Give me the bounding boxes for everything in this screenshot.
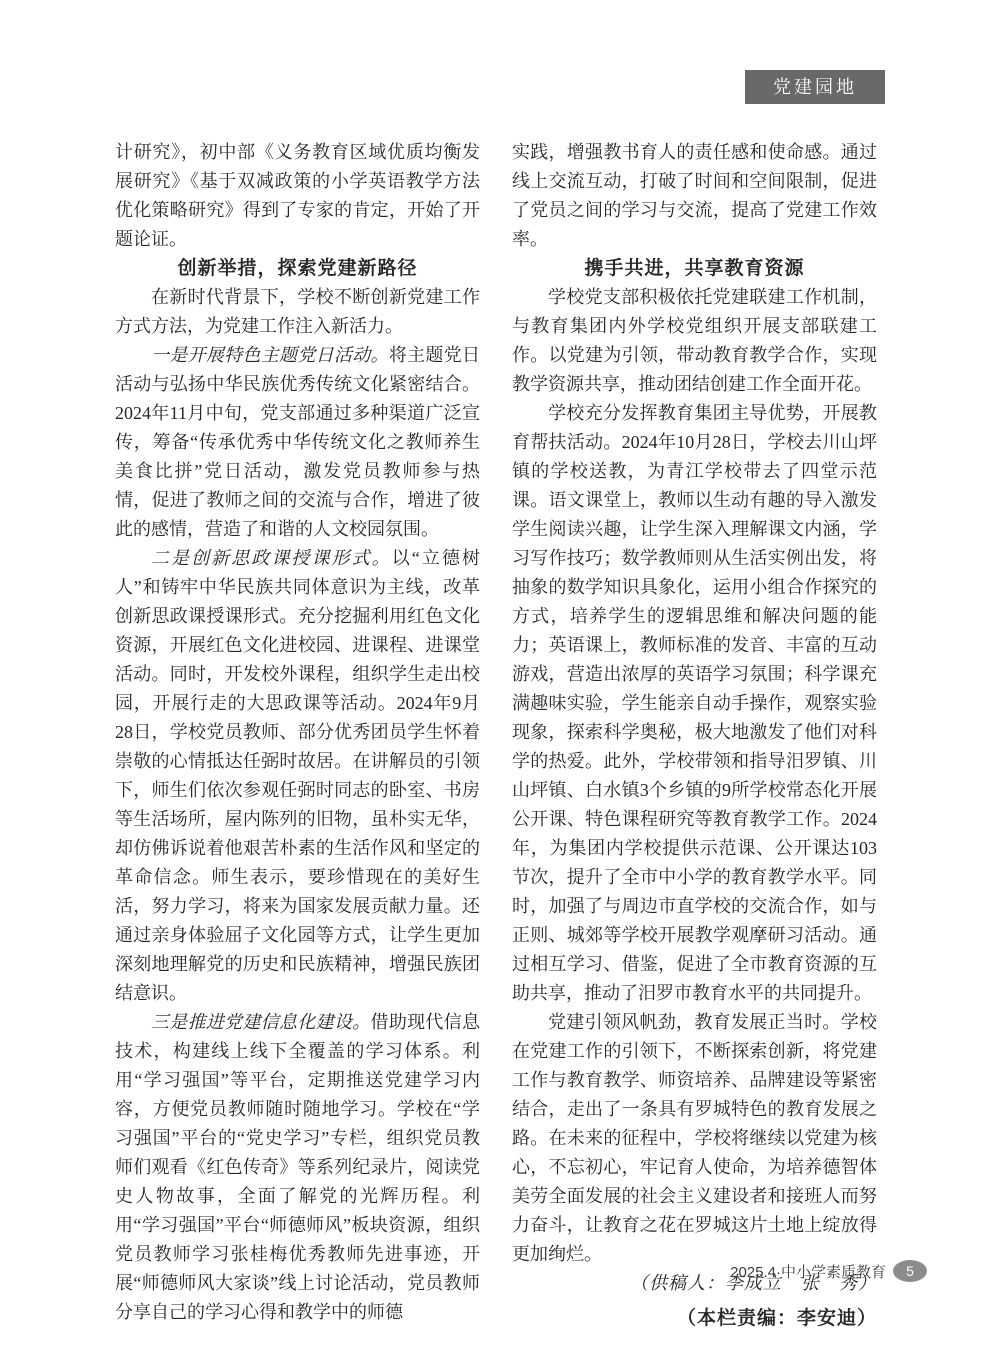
paragraph-lead-phrase: 二是创新思政课授课形式。: [151, 548, 392, 568]
section-heading: 创新举措，探索党建新路径: [115, 254, 480, 283]
paragraph: 学校充分发挥教育集团主导优势，开展教育帮扶活动。2024年10月28日，学校去川…: [512, 399, 877, 1008]
paragraph: 党建引领风帆劲，教育发展正当时。学校在党建工作的引领下，不断探索创新，将党建工作…: [512, 1008, 877, 1269]
paragraph-continuation: 计研究》，初中部《义务教育区域优质均衡发展研究》《基于双减政策的小学英语教学方法…: [115, 138, 480, 254]
paragraph: 三是推进党建信息化建设。借助现代信息技术，构建线上线下全覆盖的学习体系。利用“学…: [115, 1008, 480, 1327]
paragraph: 二是创新思政课授课形式。以“立德树人”和铸牢中华民族共同体意识为主线，改革创新思…: [115, 544, 480, 1008]
page-number-badge: 5: [893, 1260, 927, 1282]
magazine-page: 党建园地 计研究》，初中部《义务教育区域优质均衡发展研究》《基于双减政策的小学英…: [0, 0, 992, 1346]
right-column: 实践，增强教书育人的责任感和使命感。通过线上交流互动，打破了时间和空间限制，促进…: [512, 138, 877, 1333]
paragraph: 学校党支部积极依托党建联建工作机制，与教育集团内外学校党组织开展支部联建工作。以…: [512, 283, 877, 399]
journal-issue-label: 2025.4·中小学素质教育: [730, 1261, 886, 1282]
article-body: 计研究》，初中部《义务教育区域优质均衡发展研究》《基于双减政策的小学英语教学方法…: [115, 138, 877, 1333]
left-column: 计研究》，初中部《义务教育区域优质均衡发展研究》《基于双减政策的小学英语教学方法…: [115, 138, 480, 1333]
paragraph: 在新时代背景下，学校不断创新党建工作方式方法，为党建工作注入新活力。: [115, 283, 480, 341]
column-tag: 党建园地: [745, 70, 885, 104]
editor-credit: （本栏责编：李安迪）: [512, 1304, 877, 1333]
paragraph-lead-phrase: 三是推进党建信息化建设。: [151, 1012, 371, 1032]
section-heading: 携手共进，共享教育资源: [512, 254, 877, 283]
paragraph-lead-phrase: 一是开展特色主题党日活动。: [151, 345, 389, 365]
page-footer: 2025.4·中小学素质教育 5: [730, 1260, 927, 1282]
paragraph-continuation: 实践，增强教书育人的责任感和使命感。通过线上交流互动，打破了时间和空间限制，促进…: [512, 138, 877, 254]
paragraph: 一是开展特色主题党日活动。将主题党日活动与弘扬中华民族优秀传统文化紧密结合。20…: [115, 341, 480, 544]
